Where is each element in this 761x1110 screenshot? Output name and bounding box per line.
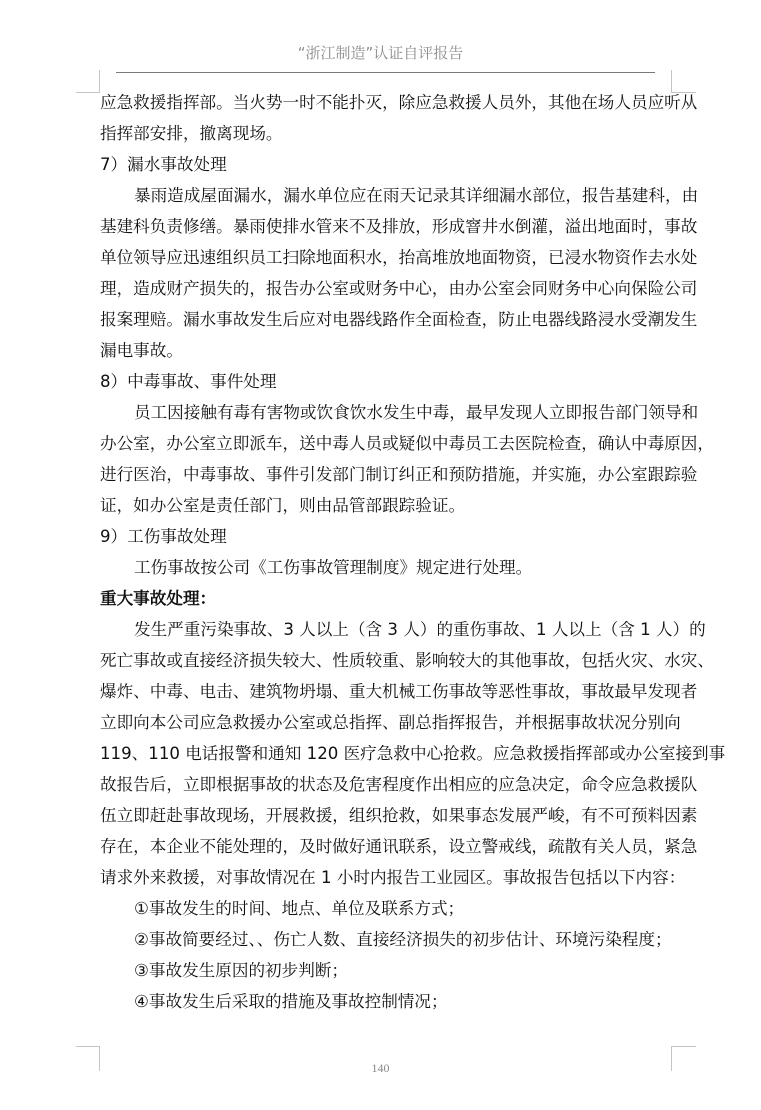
section-heading-9: 9）工伤事故处理	[100, 521, 671, 552]
report-item-1: ①事故发生的时间、地点、单位及联系方式；	[100, 893, 671, 924]
paragraph-line: 119、110 电话报警和通知 120 医疗急救中心抢救。应急救援指挥部或办公室…	[100, 738, 671, 769]
section-heading-7: 7）漏水事故处理	[100, 149, 671, 180]
paragraph-line: 立即向本公司应急救援办公室或总指挥、副总指挥报告，并根据事故状况分别向	[100, 707, 671, 738]
running-header-title: “浙江制造”认证自评报告	[0, 42, 761, 63]
paragraph-line: 理，造成财产损失的，报告办公室或财务中心，由办公室会同财务中心向保险公司	[100, 273, 671, 304]
crop-mark-top-right	[671, 70, 696, 93]
paragraph-line: 爆炸、中毒、电击、建筑物坍塌、重大机械工伤事故等恶性事故，事故最早发现者	[100, 676, 671, 707]
paragraph-line: 死亡事故或直接经济损失较大、性质较重、影响较大的其他事故，包括火灾、水灾、	[100, 645, 671, 676]
report-item-4: ④事故发生后采取的措施及事故控制情况；	[100, 986, 671, 1017]
paragraph-line: 办公室，办公室立即派车，送中毒人员或疑似中毒员工去医院检查，确认中毒原因，	[100, 428, 671, 459]
paragraph-line: 报案理赔。漏水事故发生后应对电器线路作全面检查，防止电器线路浸水受潮发生	[100, 304, 671, 335]
paragraph-line: 基建科负责修缮。暴雨使排水管来不及排放，形成窨井水倒灌，溢出地面时，事故	[100, 211, 671, 242]
paragraph-line: 进行医治，中毒事故、事件引发部门制订纠正和预防措施，并实施，办公室跟踪验	[100, 459, 671, 490]
report-item-2: ②事故简要经过、、伤亡人数、直接经济损失的初步估计、环境污染程度；	[100, 924, 671, 955]
paragraph-line: 请求外来救援，对事故情况在 1 小时内报告工业园区。事故报告包括以下内容：	[100, 862, 671, 893]
paragraph-line: 单位领导应迅速组织员工扫除地面积水，抬高堆放地面物资，已浸水物资作去水处	[100, 242, 671, 273]
header-rule	[116, 72, 655, 73]
paragraph-line: 存在，本企业不能处理的，及时做好通讯联系，设立警戒线，疏散有关人员，紧急	[100, 831, 671, 862]
paragraph-line: 发生严重污染事故、3 人以上（含 3 人）的重伤事故、1 人以上（含 1 人）的	[100, 614, 671, 645]
paragraph-line: 指挥部安排，撤离现场。	[100, 118, 671, 149]
document-page: “浙江制造”认证自评报告 应急救援指挥部。当火势一时不能扑灭，除应急救援人员外，…	[0, 0, 761, 1110]
paragraph-line: 工伤事故按公司《工伤事故管理制度》规定进行处理。	[100, 552, 671, 583]
paragraph-line: 员工因接触有毒有害物或饮食饮水发生中毒，最早发现人立即报告部门领导和	[100, 397, 671, 428]
document-body: 应急救援指挥部。当火势一时不能扑灭，除应急救援人员外，其他在场人员应听从 指挥部…	[100, 87, 671, 1017]
paragraph-line: 证，如办公室是责任部门，则由品管部跟踪验证。	[100, 490, 671, 521]
report-item-3: ③事故发生原因的初步判断；	[100, 955, 671, 986]
page-number: 140	[0, 1061, 761, 1076]
paragraph-line: 暴雨造成屋面漏水，漏水单位应在雨天记录其详细漏水部位，报告基建科，由	[100, 180, 671, 211]
paragraph-line: 故报告后，立即根据事故的状态及危害程度作出相应的应急决定，命令应急救援队	[100, 769, 671, 800]
paragraph-line: 伍立即赶赴事故现场，开展救援，组织抢救，如果事态发展严峻，有不可预料因素	[100, 800, 671, 831]
major-accident-heading: 重大事故处理：	[100, 583, 671, 614]
paragraph-line: 应急救援指挥部。当火势一时不能扑灭，除应急救援人员外，其他在场人员应听从	[100, 87, 671, 118]
crop-mark-top-left	[76, 70, 100, 93]
section-heading-8: 8）中毒事故、事件处理	[100, 366, 671, 397]
paragraph-line: 漏电事故。	[100, 335, 671, 366]
